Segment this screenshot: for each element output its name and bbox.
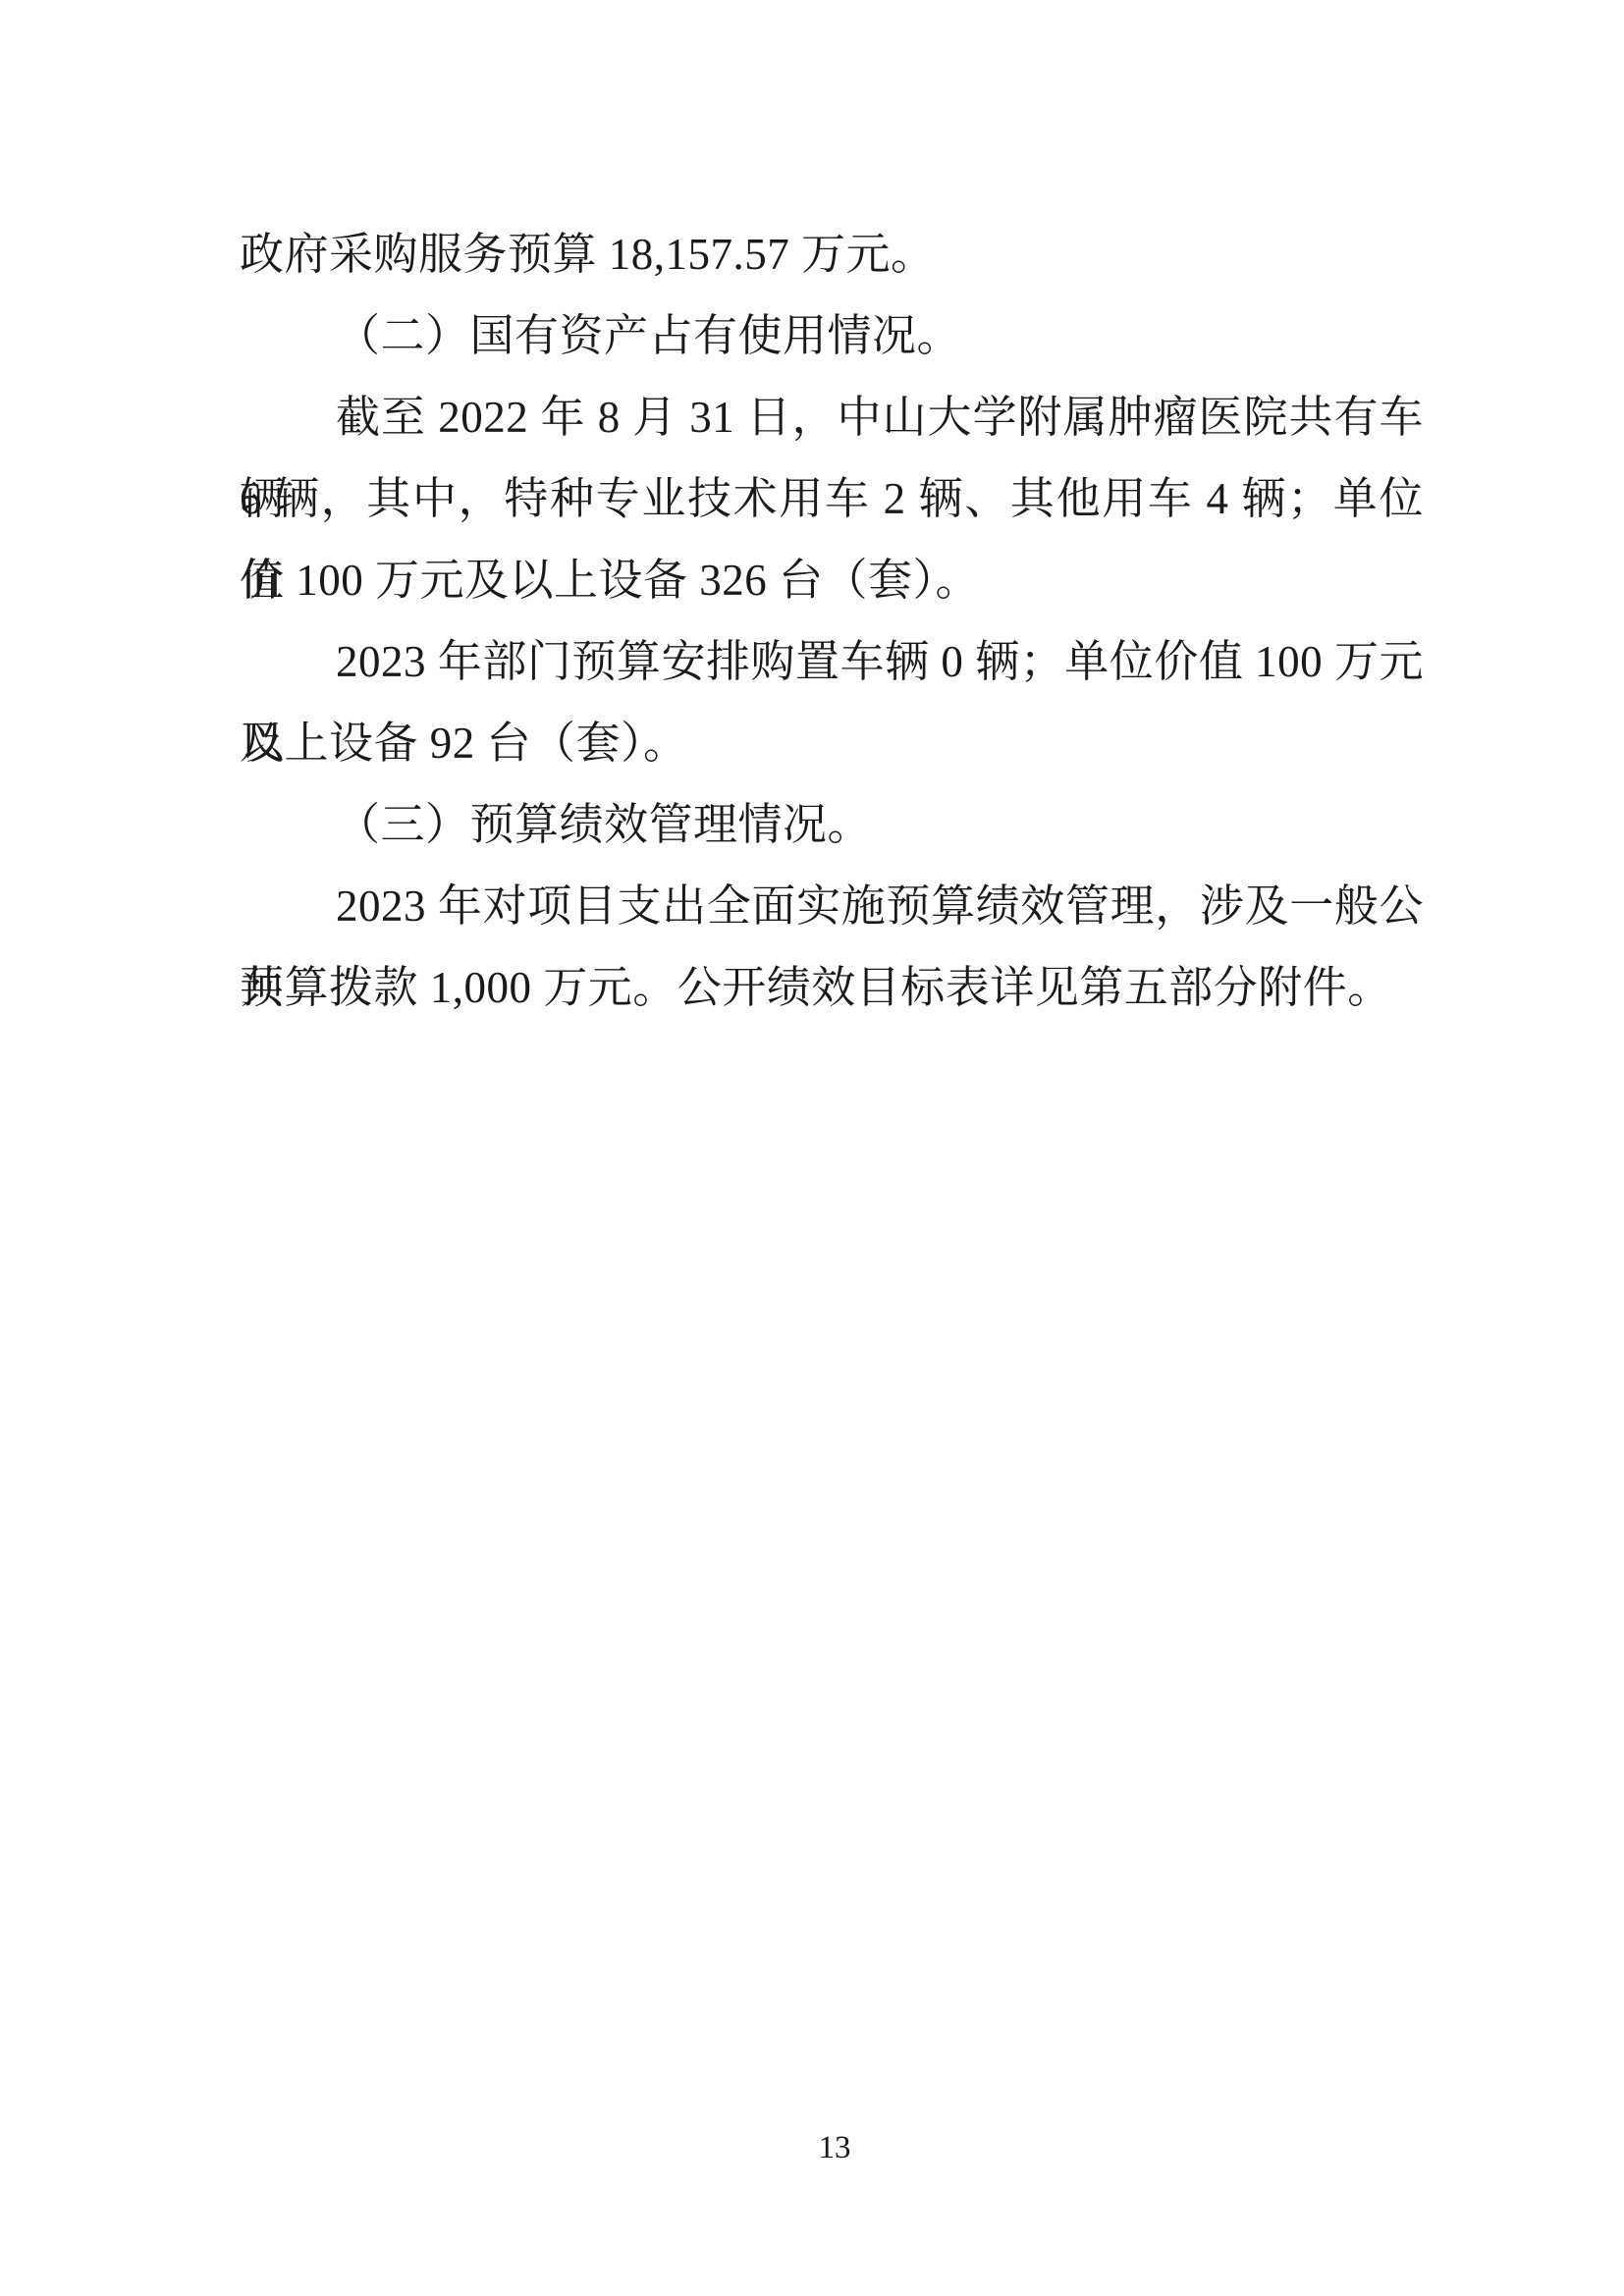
- text-line: 预算拨款 1,000 万元。公开绩效目标表详见第五部分附件。: [240, 947, 1424, 1029]
- text-line: 2023 年对项目支出全面实施预算绩效管理，涉及一般公共: [240, 866, 1424, 947]
- document-page: 政府采购服务预算 18,157.57 万元。（二）国有资产占有使用情况。截至 2…: [0, 0, 1624, 2296]
- text-line: 6 辆，其中，特种专业技术用车 2 辆、其他用车 4 辆；单位价: [240, 458, 1424, 540]
- text-line: 2023 年部门预算安排购置车辆 0 辆；单位价值 100 万元及: [240, 621, 1424, 703]
- text-block: 政府采购服务预算 18,157.57 万元。（二）国有资产占有使用情况。截至 2…: [240, 214, 1424, 1029]
- text-line: （三）预算绩效管理情况。: [240, 784, 1424, 866]
- page-number: 13: [23, 2130, 1624, 2166]
- text-line: 政府采购服务预算 18,157.57 万元。: [240, 214, 1424, 295]
- text-line: （二）国有资产占有使用情况。: [240, 295, 1424, 377]
- text-line: 以上设备 92 台（套）。: [240, 703, 1424, 784]
- text-line: 截至 2022 年 8 月 31 日，中山大学附属肿瘤医院共有车辆: [240, 377, 1424, 458]
- text-line: 值 100 万元及以上设备 326 台（套）。: [240, 540, 1424, 621]
